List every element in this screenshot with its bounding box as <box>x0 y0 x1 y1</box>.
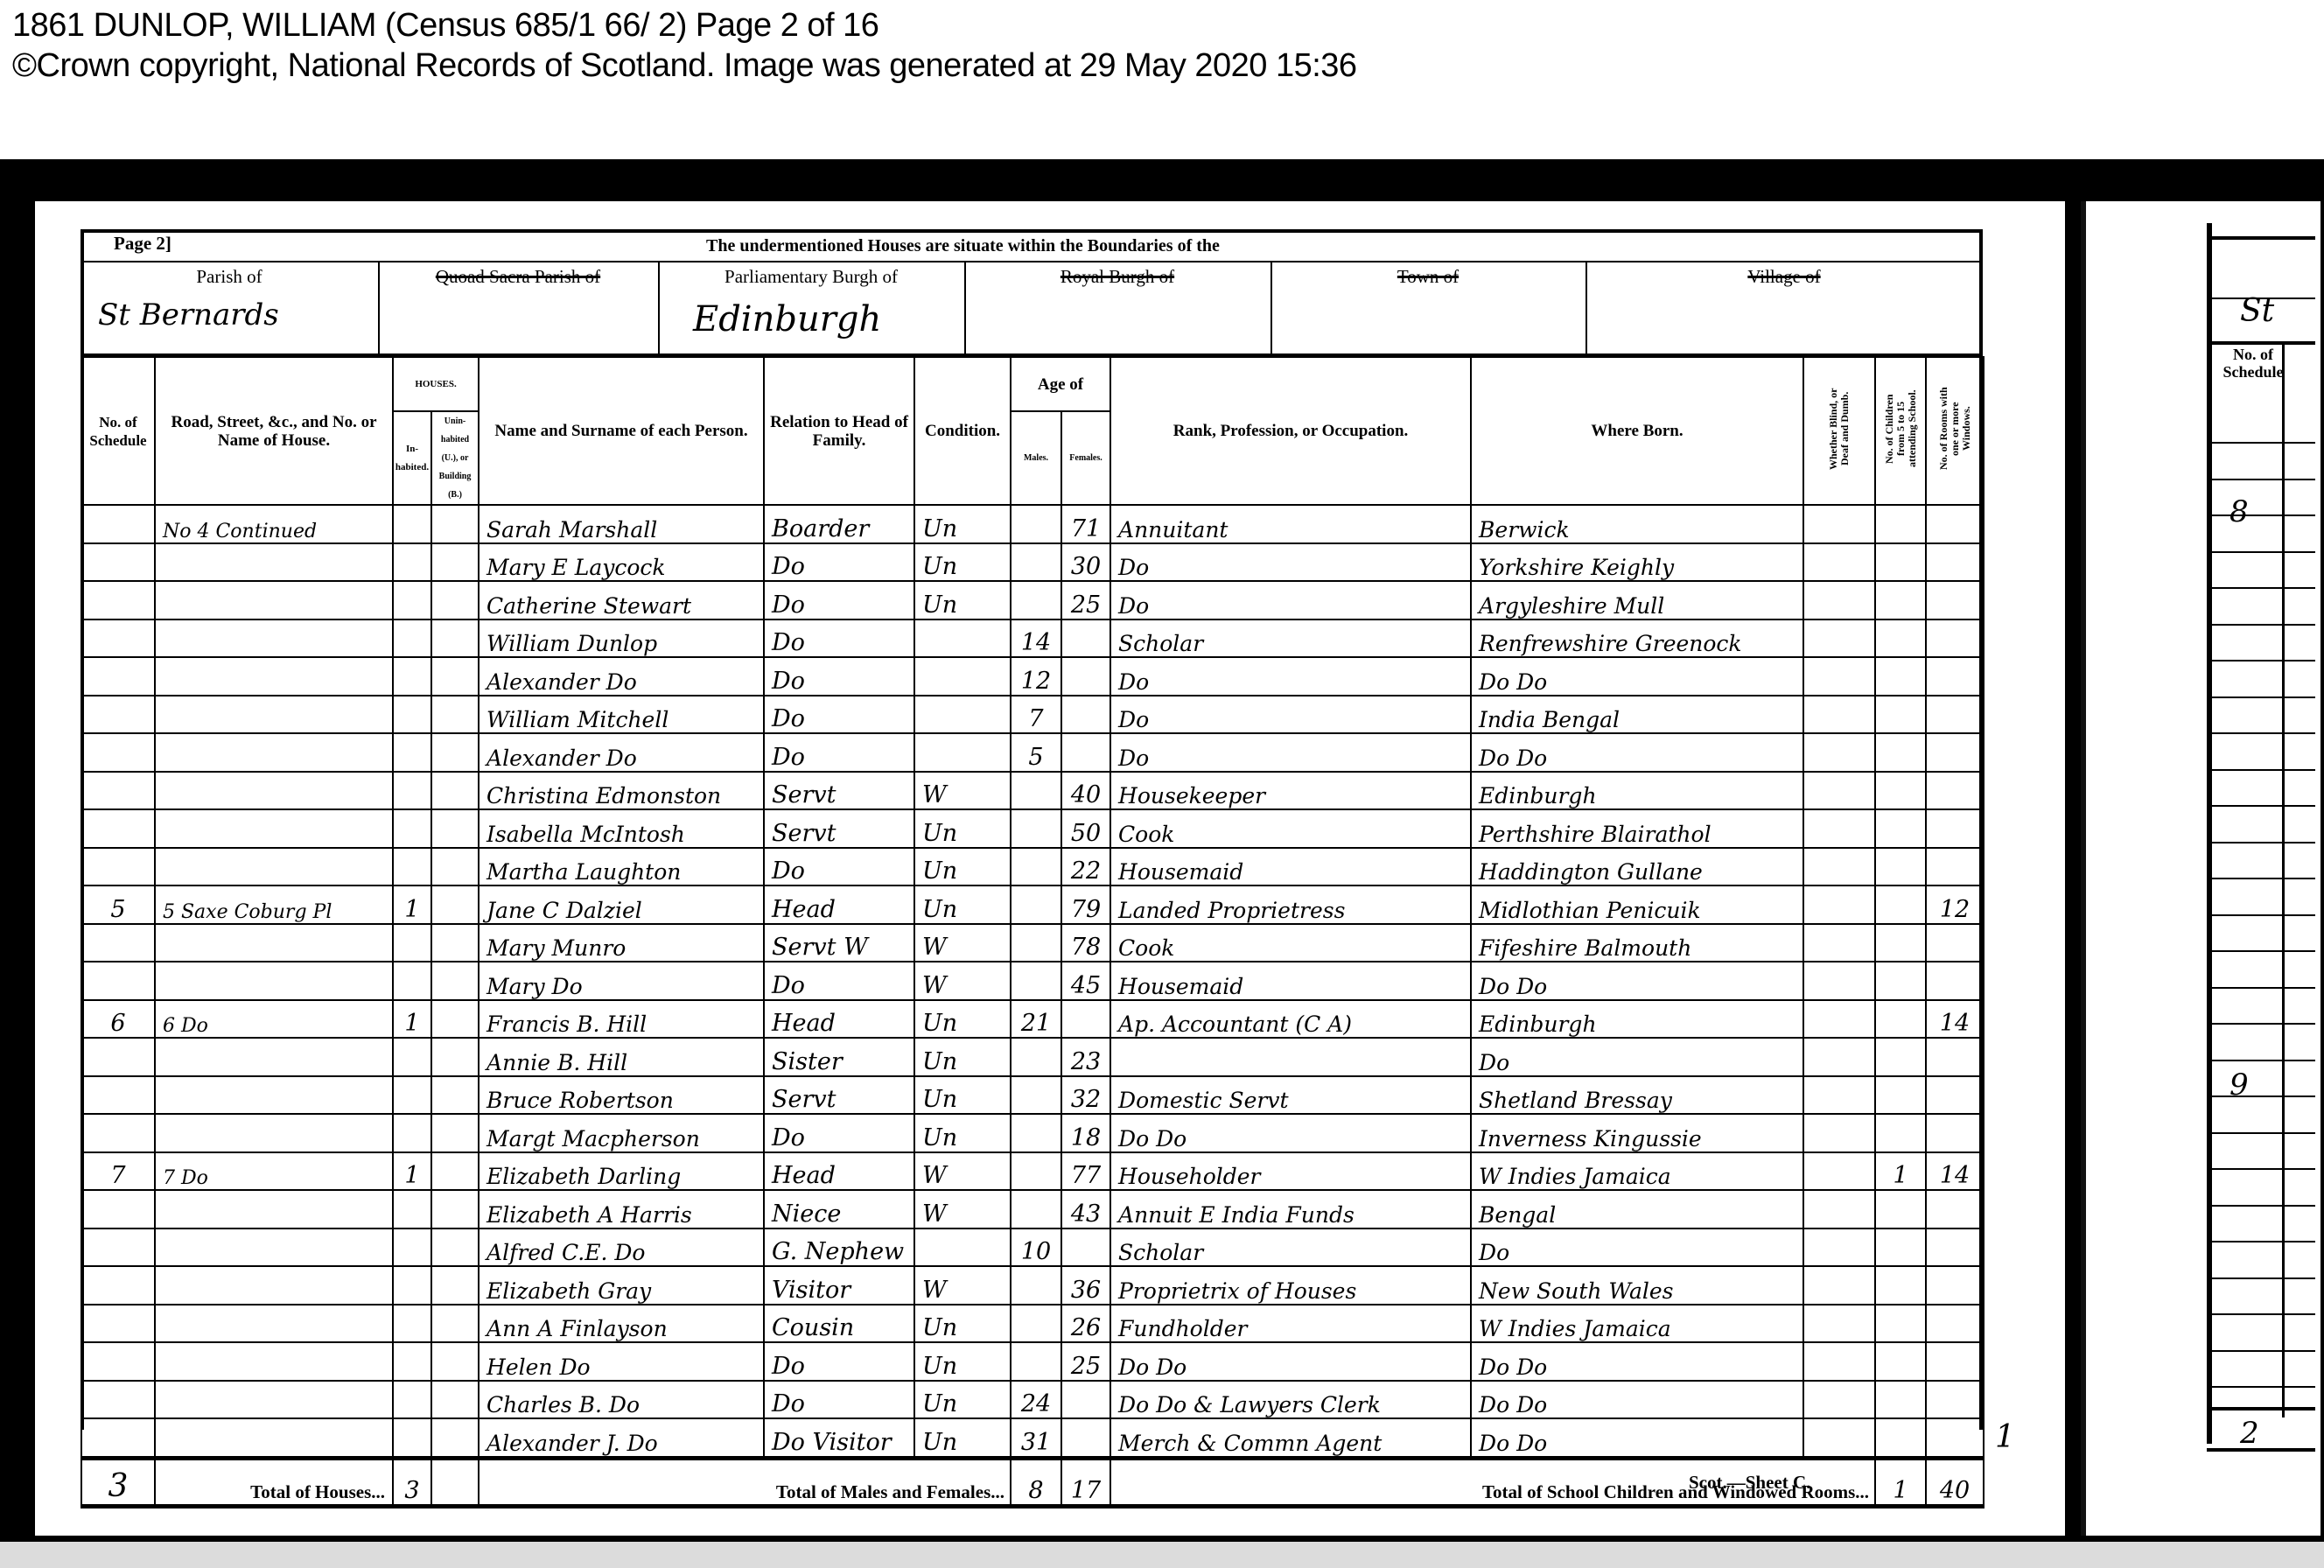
where-born-cell: W Indies Jamaica <box>1471 1305 1803 1343</box>
blind-deaf-cell <box>1803 543 1875 582</box>
next-page-row-rule <box>2207 1168 2315 1170</box>
next-parish-fragment: St <box>2240 293 2274 329</box>
road-address-cell <box>155 1342 393 1381</box>
col-blind: Whether Blind, or Deaf and Dumb. <box>1803 357 1875 505</box>
blind-deaf-cell <box>1803 1418 1875 1458</box>
male-age-cell <box>1011 1038 1061 1076</box>
schedule-cell <box>81 657 155 696</box>
where-born-cell: Haddington Gullane <box>1471 848 1803 886</box>
next-page-row-rule <box>2207 1277 2315 1279</box>
district-row: Parish of St Bernards Quoad Sacra Parish… <box>80 262 1983 353</box>
relation-cell: Servt <box>764 1076 914 1115</box>
condition-cell: Un <box>914 581 1011 619</box>
windowed-rooms-cell: 12 <box>1926 885 1984 924</box>
where-born-cell: Renfrewshire Greenock <box>1471 619 1803 658</box>
person-name-cell: William Dunlop <box>479 619 764 658</box>
table-row: 66 Do1Francis B. HillHeadUn21Ap. Account… <box>81 1000 1984 1039</box>
district-parish: Parish of St Bernards <box>80 262 380 353</box>
col-name: Name and Surname of each Person. <box>479 357 764 505</box>
relation-cell: Do <box>764 962 914 1000</box>
uninhabited-cell <box>431 657 479 696</box>
relation-cell: Visitor <box>764 1266 914 1305</box>
male-age-cell: 31 <box>1011 1418 1061 1458</box>
uninhabited-cell <box>431 1152 479 1191</box>
relation-cell: Do Visitor <box>764 1418 914 1458</box>
next-page-row-rule <box>2207 1132 2315 1134</box>
person-name-cell: Elizabeth Gray <box>479 1266 764 1305</box>
schedule-cell <box>81 848 155 886</box>
uninhabited-cell <box>431 1000 479 1039</box>
female-age-cell: 78 <box>1061 924 1110 962</box>
uninhabited-cell <box>431 1076 479 1115</box>
occupation-cell: Scholar <box>1110 619 1471 658</box>
school-children-cell <box>1875 1076 1926 1115</box>
occupation-cell: Fundholder <box>1110 1305 1471 1343</box>
uninhabited-cell <box>431 1342 479 1381</box>
total-males: 8 <box>1011 1458 1061 1506</box>
condition-cell: Un <box>914 1381 1011 1419</box>
district-parliamentary-burgh: Parliamentary Burgh of Edinburgh <box>658 262 966 353</box>
female-age-cell <box>1061 733 1110 772</box>
windowed-rooms-cell <box>1926 1190 1984 1228</box>
table-row: Ann A FinlaysonCousinUn26FundholderW Ind… <box>81 1305 1984 1343</box>
female-age-cell: 32 <box>1061 1076 1110 1115</box>
uninhabited-cell <box>431 1114 479 1152</box>
schedule-cell: 6 <box>81 1000 155 1039</box>
school-children-cell <box>1875 962 1926 1000</box>
next-page-row-rule <box>2207 587 2315 589</box>
female-age-cell: 71 <box>1061 505 1110 543</box>
condition-cell: W <box>914 1190 1011 1228</box>
uninhabited-cell <box>431 696 479 734</box>
road-address-cell: No 4 Continued <box>155 505 393 543</box>
school-children-cell <box>1875 1038 1926 1076</box>
schedule-cell <box>81 543 155 582</box>
female-age-cell <box>1061 1418 1110 1458</box>
female-age-cell: 22 <box>1061 848 1110 886</box>
road-address-cell <box>155 924 393 962</box>
schedule-cell <box>81 1381 155 1419</box>
parish-value: St Bernards <box>98 297 279 332</box>
female-age-cell <box>1061 1381 1110 1419</box>
where-born-cell: W Indies Jamaica <box>1471 1152 1803 1191</box>
relation-cell: Do <box>764 657 914 696</box>
next-page-row-rule <box>2207 950 2315 952</box>
uninhabited-cell <box>431 619 479 658</box>
windowed-rooms-cell <box>1926 772 1984 810</box>
inhabited-cell <box>393 1266 431 1305</box>
road-address-cell <box>155 1076 393 1115</box>
windowed-rooms-cell <box>1926 733 1984 772</box>
where-born-cell: Shetland Bressay <box>1471 1076 1803 1115</box>
next-page-row-rule <box>2207 1205 2315 1207</box>
inhabited-cell <box>393 1381 431 1419</box>
blind-deaf-cell <box>1803 733 1875 772</box>
inhabited-cell <box>393 809 431 848</box>
road-address-cell <box>155 581 393 619</box>
inhabited-cell <box>393 657 431 696</box>
inhabited-cell <box>393 848 431 886</box>
condition-cell: Un <box>914 1418 1011 1458</box>
boundaries-text: The undermentioned Houses are situate wi… <box>706 236 1220 256</box>
person-name-cell: Helen Do <box>479 1342 764 1381</box>
uninhabited-cell <box>431 962 479 1000</box>
inhabited-cell <box>393 1228 431 1267</box>
uninhabited-cell <box>431 1381 479 1419</box>
road-address-cell <box>155 772 393 810</box>
occupation-cell: Cook <box>1110 924 1471 962</box>
district-quoad-sacra: Quoad Sacra Parish of <box>378 262 660 353</box>
occupation-cell: Ap. Accountant (C A) <box>1110 1000 1471 1039</box>
schedule-cell <box>81 1076 155 1115</box>
person-name-cell: Christina Edmonston <box>479 772 764 810</box>
female-age-cell: 50 <box>1061 809 1110 848</box>
condition-cell: Un <box>914 1114 1011 1152</box>
person-name-cell: Ann A Finlayson <box>479 1305 764 1343</box>
where-born-cell: Do Do <box>1471 657 1803 696</box>
windowed-rooms-cell <box>1926 924 1984 962</box>
relation-cell: Do <box>764 1381 914 1419</box>
table-row: Catherine StewartDoUn25DoArgyleshire Mul… <box>81 581 1984 619</box>
windowed-rooms-cell <box>1926 1381 1984 1419</box>
road-address-cell <box>155 1114 393 1152</box>
female-age-cell <box>1061 657 1110 696</box>
where-born-cell: Edinburgh <box>1471 772 1803 810</box>
col-schedule: No. of Schedule <box>81 357 155 505</box>
occupation-cell: Do <box>1110 657 1471 696</box>
total-schedules: 3 <box>81 1458 155 1506</box>
relation-cell: Do <box>764 733 914 772</box>
inhabited-cell <box>393 772 431 810</box>
road-address-cell <box>155 1266 393 1305</box>
condition-cell: W <box>914 1266 1011 1305</box>
condition-cell: Un <box>914 885 1011 924</box>
occupation-cell: Annuitant <box>1110 505 1471 543</box>
total-school-rooms-label: Total of School Children and Windowed Ro… <box>1482 1481 1869 1502</box>
female-age-cell: 18 <box>1061 1114 1110 1152</box>
where-born-cell: Do Do <box>1471 733 1803 772</box>
next-page-row-rule <box>2207 624 2315 626</box>
windowed-rooms-cell <box>1926 505 1984 543</box>
burgh-value: Edinburgh <box>693 299 881 339</box>
uninhabited-cell <box>431 1190 479 1228</box>
next-page-row-rule <box>2207 732 2315 734</box>
school-children-cell <box>1875 1305 1926 1343</box>
blind-deaf-cell <box>1803 1038 1875 1076</box>
page-label: Page 2] <box>114 233 171 255</box>
col-condition: Condition. <box>914 357 1011 505</box>
school-children-cell <box>1875 1381 1926 1419</box>
relation-cell: Servt W <box>764 924 914 962</box>
person-name-cell: William Mitchell <box>479 696 764 734</box>
blind-deaf-cell <box>1803 962 1875 1000</box>
where-born-cell: Berwick <box>1471 505 1803 543</box>
female-age-cell: 26 <box>1061 1305 1110 1343</box>
next-col-schedule: No. of Schedule <box>2214 346 2292 381</box>
table-row: Mary DoDoW45HousemaidDo Do <box>81 962 1984 1000</box>
table-row: William MitchellDo7DoIndia Bengal <box>81 696 1984 734</box>
condition-cell: W <box>914 962 1011 1000</box>
next-page-row-rule <box>2207 1023 2315 1025</box>
person-name-cell: Jane C Dalziel <box>479 885 764 924</box>
where-born-cell: Bengal <box>1471 1190 1803 1228</box>
occupation-cell: Cook <box>1110 809 1471 848</box>
school-children-cell <box>1875 581 1926 619</box>
road-address-cell: 5 Saxe Coburg Pl <box>155 885 393 924</box>
inhabited-cell <box>393 1076 431 1115</box>
where-born-cell: Do Do <box>1471 1418 1803 1458</box>
occupation-cell: Proprietrix of Houses <box>1110 1266 1471 1305</box>
next-page-row-rule <box>2207 1060 2315 1061</box>
condition-cell <box>914 657 1011 696</box>
road-address-cell <box>155 1381 393 1419</box>
inhabited-cell <box>393 581 431 619</box>
viewer-bottom-strip <box>0 1542 2324 1568</box>
male-age-cell <box>1011 809 1061 848</box>
district-town: Town of <box>1270 262 1587 353</box>
person-name-cell: Catherine Stewart <box>479 581 764 619</box>
col-where-born: Where Born. <box>1471 357 1803 505</box>
occupation-cell: Do <box>1110 733 1471 772</box>
occupation-cell: Do <box>1110 581 1471 619</box>
blind-deaf-cell <box>1803 657 1875 696</box>
occupation-cell: Householder <box>1110 1152 1471 1191</box>
windowed-rooms-cell <box>1926 809 1984 848</box>
school-children-cell <box>1875 1228 1926 1267</box>
person-name-cell: Isabella McIntosh <box>479 809 764 848</box>
where-born-cell: Fifeshire Balmouth <box>1471 924 1803 962</box>
school-children-cell: 1 <box>1875 1152 1926 1191</box>
relation-cell: Cousin <box>764 1305 914 1343</box>
next-page-row-rule <box>2207 479 2315 480</box>
inhabited-cell <box>393 543 431 582</box>
table-row: 55 Saxe Coburg Pl1Jane C DalzielHeadUn79… <box>81 885 1984 924</box>
condition-cell <box>914 733 1011 772</box>
where-born-cell: India Bengal <box>1471 696 1803 734</box>
inhabited-cell <box>393 696 431 734</box>
total-persons-label: Total of Males and Females... <box>776 1481 1004 1502</box>
total-houses: 3 <box>393 1458 431 1506</box>
table-row: Mary E LaycockDoUn30DoYorkshire Keighly <box>81 543 1984 582</box>
condition-cell: Un <box>914 1076 1011 1115</box>
uninhabited-cell <box>431 1418 479 1458</box>
relation-cell: Do <box>764 1342 914 1381</box>
table-row: No 4 ContinuedSarah MarshallBoarderUn71A… <box>81 505 1984 543</box>
male-age-cell <box>1011 505 1061 543</box>
person-name-cell: Alexander Do <box>479 733 764 772</box>
male-age-cell <box>1011 1152 1061 1191</box>
male-age-cell: 5 <box>1011 733 1061 772</box>
blind-deaf-cell <box>1803 772 1875 810</box>
person-name-cell: Elizabeth Darling <box>479 1152 764 1191</box>
next-total: 2 <box>2240 1416 2259 1451</box>
school-children-cell <box>1875 733 1926 772</box>
occupation-cell: Do Do <box>1110 1342 1471 1381</box>
where-born-cell: Do <box>1471 1038 1803 1076</box>
school-children-cell <box>1875 1342 1926 1381</box>
schedule-cell <box>81 1305 155 1343</box>
table-row: Charles B. DoDoUn24Do Do & Lawyers Clerk… <box>81 1381 1984 1419</box>
occupation-cell: Do Do <box>1110 1114 1471 1152</box>
relation-cell: Niece <box>764 1190 914 1228</box>
road-address-cell <box>155 619 393 658</box>
where-born-cell: Do Do <box>1471 1342 1803 1381</box>
windowed-rooms-cell <box>1926 657 1984 696</box>
inhabited-cell <box>393 1038 431 1076</box>
where-born-cell: Do Do <box>1471 962 1803 1000</box>
relation-cell: Head <box>764 885 914 924</box>
relation-cell: Do <box>764 1114 914 1152</box>
schedule-cell <box>81 619 155 658</box>
inhabited-cell <box>393 1305 431 1343</box>
blind-deaf-cell <box>1803 1305 1875 1343</box>
occupation-cell: Do <box>1110 696 1471 734</box>
school-children-cell <box>1875 1266 1926 1305</box>
uninhabited-cell <box>431 505 479 543</box>
next-page-row-rule <box>2207 914 2315 916</box>
col-females: Females. <box>1061 411 1110 505</box>
school-children-cell <box>1875 848 1926 886</box>
inhabited-cell <box>393 505 431 543</box>
uninhabited-cell <box>431 924 479 962</box>
windowed-rooms-cell <box>1926 1418 1984 1458</box>
relation-cell: G. Nephew <box>764 1228 914 1267</box>
next-page-row-rule <box>2207 769 2315 771</box>
female-age-cell: 30 <box>1061 543 1110 582</box>
person-name-cell: Alfred C.E. Do <box>479 1228 764 1267</box>
total-school: 1 <box>1875 1458 1926 1506</box>
occupation-cell: Housemaid <box>1110 962 1471 1000</box>
inhabited-cell <box>393 962 431 1000</box>
next-page-row-rule <box>2207 551 2315 553</box>
blind-deaf-cell <box>1803 1114 1875 1152</box>
school-children-cell <box>1875 1114 1926 1152</box>
total-extra-mark: 1 <box>1995 1419 2015 1455</box>
uninhabited-cell <box>431 1305 479 1343</box>
col-road: Road, Street, &c., and No. or Name of Ho… <box>155 357 393 505</box>
where-born-cell: Do <box>1471 1228 1803 1267</box>
occupation-cell: Scholar <box>1110 1228 1471 1267</box>
table-row: Bruce RobertsonServtUn32Domestic ServtSh… <box>81 1076 1984 1115</box>
male-age-cell <box>1011 848 1061 886</box>
blind-deaf-cell <box>1803 1266 1875 1305</box>
condition-cell: Un <box>914 1000 1011 1039</box>
male-age-cell: 14 <box>1011 619 1061 658</box>
next-page-row-rule <box>2207 1350 2315 1352</box>
next-page-row-rule <box>2207 805 2315 807</box>
male-age-cell <box>1011 962 1061 1000</box>
district-village: Village of <box>1585 262 1983 353</box>
road-address-cell <box>155 1305 393 1343</box>
inhabited-cell <box>393 619 431 658</box>
col-males: Males. <box>1011 411 1061 505</box>
next-page-row-rule <box>2207 1386 2315 1388</box>
person-name-cell: Margt Macpherson <box>479 1114 764 1152</box>
male-age-cell: 24 <box>1011 1381 1061 1419</box>
record-title: 1861 DUNLOP, WILLIAM (Census 685/1 66/ 2… <box>12 5 878 45</box>
person-name-cell: Elizabeth A Harris <box>479 1190 764 1228</box>
uninhabited-cell <box>431 848 479 886</box>
occupation-cell: Annuit E India Funds <box>1110 1190 1471 1228</box>
male-age-cell <box>1011 543 1061 582</box>
female-age-cell: 25 <box>1061 581 1110 619</box>
person-name-cell: Sarah Marshall <box>479 505 764 543</box>
next-page-row-rule <box>2207 1095 2315 1097</box>
inhabited-cell: 1 <box>393 885 431 924</box>
road-address-cell <box>155 543 393 582</box>
person-name-cell: Charles B. Do <box>479 1381 764 1419</box>
table-row: Alexander J. DoDo VisitorUn31Merch & Com… <box>81 1418 1984 1458</box>
next-entry: 8 <box>2229 494 2249 529</box>
inhabited-cell: 1 <box>393 1152 431 1191</box>
school-children-cell <box>1875 1190 1926 1228</box>
condition-cell <box>914 1228 1011 1267</box>
windowed-rooms-cell: 14 <box>1926 1152 1984 1191</box>
female-age-cell: 79 <box>1061 885 1110 924</box>
school-children-cell <box>1875 505 1926 543</box>
table-row: Margt MacphersonDoUn18Do DoInverness Kin… <box>81 1114 1984 1152</box>
uninhabited-cell <box>431 543 479 582</box>
table-row: Christina EdmonstonServtW40HousekeeperEd… <box>81 772 1984 810</box>
schedule-cell <box>81 1418 155 1458</box>
blind-deaf-cell <box>1803 1152 1875 1191</box>
blind-deaf-cell <box>1803 1190 1875 1228</box>
relation-cell: Do <box>764 581 914 619</box>
next-page-row-rule <box>2207 696 2315 698</box>
male-age-cell <box>1011 1342 1061 1381</box>
col-school: No. of Children from 5 to 15 attending S… <box>1875 357 1926 505</box>
col-age-of: Age of <box>1011 357 1110 411</box>
condition-cell: Un <box>914 543 1011 582</box>
female-age-cell: 77 <box>1061 1152 1110 1191</box>
table-row: Alexander DoDo12DoDo Do <box>81 657 1984 696</box>
road-address-cell <box>155 696 393 734</box>
relation-cell: Boarder <box>764 505 914 543</box>
next-entry: 9 <box>2229 1067 2249 1102</box>
condition-cell: Un <box>914 1038 1011 1076</box>
schedule-cell <box>81 924 155 962</box>
schedule-cell <box>81 1190 155 1228</box>
windowed-rooms-cell <box>1926 1342 1984 1381</box>
female-age-cell <box>1061 1228 1110 1267</box>
uninhabited-cell <box>431 772 479 810</box>
blind-deaf-cell <box>1803 505 1875 543</box>
next-page-row-rule <box>2207 987 2315 989</box>
condition-cell: Un <box>914 1305 1011 1343</box>
where-born-cell: Edinburgh <box>1471 1000 1803 1039</box>
relation-cell: Servt <box>764 809 914 848</box>
blind-deaf-cell <box>1803 1076 1875 1115</box>
male-age-cell: 12 <box>1011 657 1061 696</box>
where-born-cell: Midlothian Penicuik <box>1471 885 1803 924</box>
where-born-cell: Yorkshire Keighly <box>1471 543 1803 582</box>
relation-cell: Do <box>764 696 914 734</box>
sheet-footer: Scot.—Sheet C. <box>1689 1472 1810 1494</box>
district-royal-burgh: Royal Burgh of <box>964 262 1272 353</box>
schedule-cell <box>81 581 155 619</box>
blind-deaf-cell <box>1803 809 1875 848</box>
school-children-cell <box>1875 885 1926 924</box>
person-name-cell: Bruce Robertson <box>479 1076 764 1115</box>
male-age-cell <box>1011 772 1061 810</box>
schedule-cell <box>81 505 155 543</box>
road-address-cell <box>155 733 393 772</box>
uninhabited-cell <box>431 1266 479 1305</box>
next-page-row-rule <box>2207 442 2315 444</box>
school-children-cell <box>1875 543 1926 582</box>
table-row: Elizabeth A HarrisNieceW43Annuit E India… <box>81 1190 1984 1228</box>
person-name-cell: Mary Do <box>479 962 764 1000</box>
